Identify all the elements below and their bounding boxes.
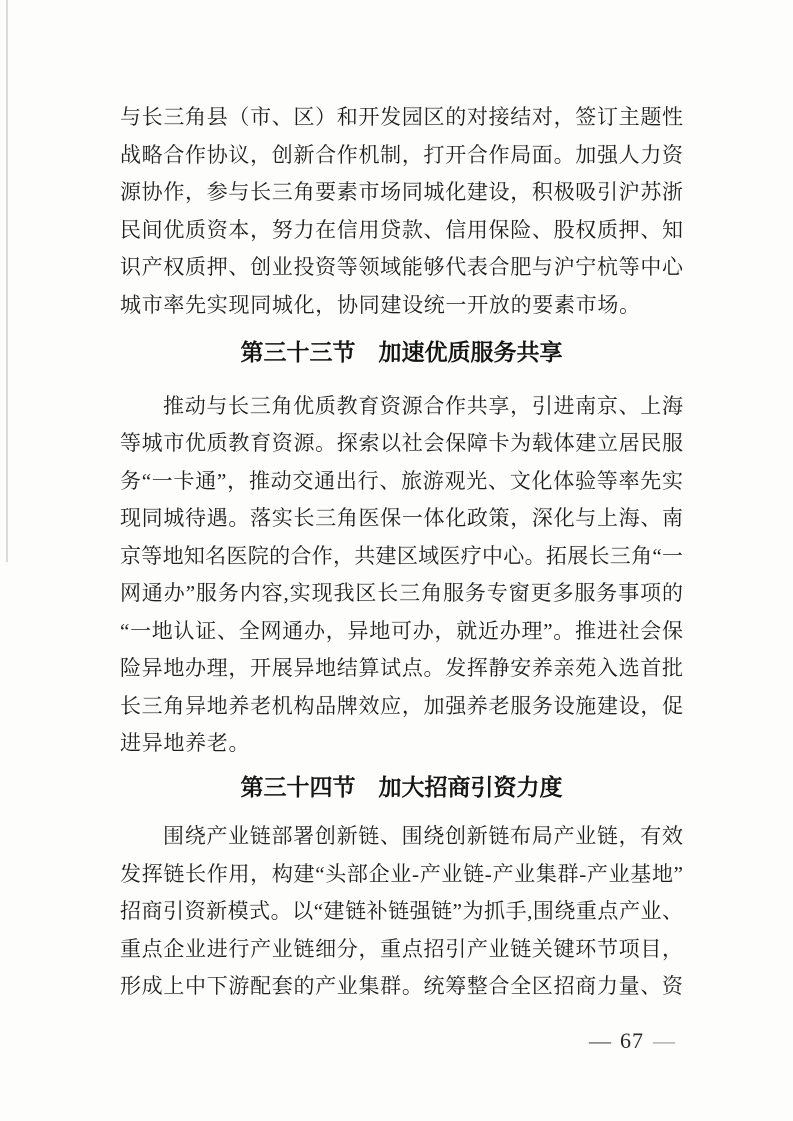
text-line: 与长三角县（市、区）和开发园区的对接结对，签订主题性 (120, 99, 683, 137)
text-line: 源协作，参与长三角要素市场同城化建设，积极吸引沪苏浙 (120, 174, 683, 212)
text-line: 险异地办理，开展异地结算试点。发挥静安养亲苑入选首批 (120, 650, 683, 688)
text-line: 等城市优质教育资源。探索以社会保障卡为载体建立居民服 (120, 425, 683, 463)
text-line: 网通办”服务内容,实现我区长三角服务专窗更多服务事项的 (120, 575, 683, 613)
text-line: 进异地养老。 (120, 725, 683, 763)
text-line: 围绕产业链部署创新链、围绕创新链布局产业链，有效 (120, 818, 683, 856)
section-heading-33: 第三十三节 加速优质服务共享 (120, 334, 683, 372)
text-line: 形成上中下游配套的产业集群。统筹整合全区招商力量、资 (120, 968, 683, 1006)
text-line: 长三角异地养老机构品牌效应，加强养老服务设施建设，促 (120, 688, 683, 726)
page-body: 与长三角县（市、区）和开发园区的对接结对，签订主题性战略合作协议，创新合作机制，… (120, 99, 683, 1006)
text-line: 城市率先实现同城化，协同建设统一开放的要素市场。 (120, 287, 683, 325)
paragraph-investment-attraction: 围绕产业链部署创新链、围绕创新链布局产业链，有效发挥链长作用，构建“头部企业-产… (120, 818, 683, 1006)
text-line: 民间优质资本，努力在信用贷款、信用保险、股权质押、知 (120, 212, 683, 250)
text-line: 京等地知名医院的合作，共建区域医疗中心。拓展长三角“一 (120, 538, 683, 576)
text-line: 现同城待遇。落实长三角医保一体化政策，深化与上海、南 (120, 500, 683, 538)
footer-dash-left: — (589, 1028, 611, 1054)
text-line: 战略合作协议，创新合作机制，打开合作局面。加强人力资 (120, 137, 683, 175)
scan-edge-artifact (6, 0, 8, 562)
document-page: 与长三角县（市、区）和开发园区的对接结对，签订主题性战略合作协议，创新合作机制，… (0, 0, 793, 1121)
text-line: 招商引资新模式。以“建链补链强链”为抓手,围绕重点产业、 (120, 893, 683, 931)
page-number: 67 (620, 1028, 644, 1054)
paragraph-regional-cooperation: 与长三角县（市、区）和开发园区的对接结对，签订主题性战略合作协议，创新合作机制，… (120, 99, 683, 324)
text-line: 推动与长三角优质教育资源合作共享，引进南京、上海 (120, 388, 683, 426)
text-line: “一地认证、全网通办，异地可办，就近办理”。推进社会保 (120, 613, 683, 651)
text-line: 发挥链长作用，构建“头部企业-产业链-产业集群-产业基地” (120, 856, 683, 894)
text-line: 重点企业进行产业链细分，重点招引产业链关键环节项目， (120, 931, 683, 969)
paragraph-quality-services: 推动与长三角优质教育资源合作共享，引进南京、上海等城市优质教育资源。探索以社会保… (120, 388, 683, 763)
section-heading-34: 第三十四节 加大招商引资力度 (120, 769, 683, 807)
page-footer: —67— (120, 1028, 675, 1054)
footer-dash-right: — (653, 1028, 675, 1054)
text-line: 识产权质押、创业投资等领域能够代表合肥与沪宁杭等中心 (120, 249, 683, 287)
text-line: 务“一卡通”，推动交通出行、旅游观光、文化体验等率先实 (120, 463, 683, 501)
